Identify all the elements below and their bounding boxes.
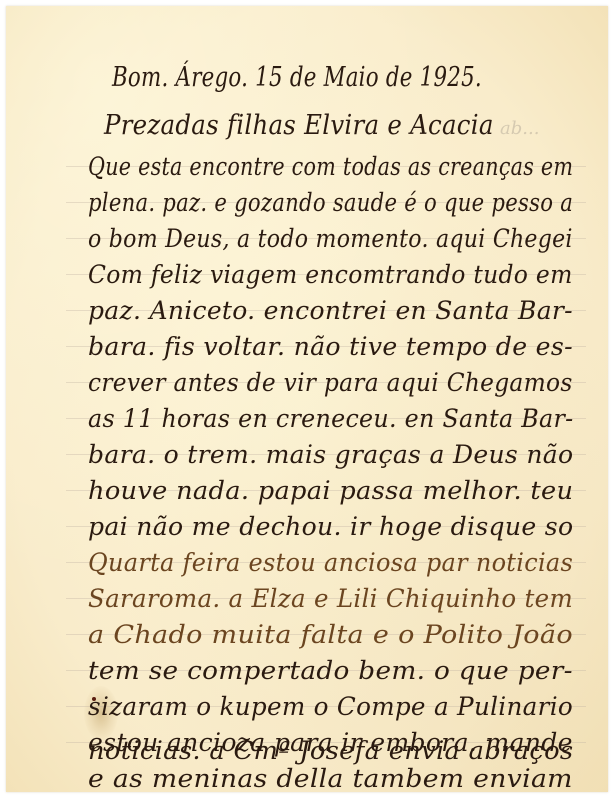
letter-line: Com feliz viagem encomtrando tudo em: [88, 260, 573, 289]
letter-line: sizaram o kupem o Compe a Pulinario: [88, 692, 573, 721]
letter-line: Quarta feira estou anciosa par noticias: [88, 548, 573, 577]
letter-line: pai não me dechou. ir hoge disque so: [88, 512, 573, 541]
letter-line: plena. paz. e gozando saude é o que pess…: [88, 188, 573, 217]
letter-place-date: Bom. Árego. 15 de Maio de 1925.: [112, 62, 482, 93]
letter-line: paz. Aniceto. encontrei en Santa Bar-: [88, 296, 573, 325]
letter-line: crever antes de vir para aqui Chegamos: [88, 368, 573, 397]
letter-line: houve nada. papai passa melhor. teu: [88, 476, 573, 505]
bleed-through-text: ab...: [500, 118, 539, 139]
letter-line: bara. o trem. mais graças a Deus não: [88, 440, 573, 469]
letter-line: a Chado muita falta e o Polito João: [88, 620, 573, 649]
letter-line: o bom Deus, a todo momento. aqui Chegei: [88, 224, 573, 253]
letter-line: noticias. a Cmª Josefa envia abraços: [88, 736, 573, 765]
letter-line: bara. fis voltar. não tive tempo de es-: [88, 332, 573, 361]
letter-salutation: Prezadas filhas Elvira e Acacia: [104, 110, 494, 141]
letter-line: e as meninas della tambem enviam: [88, 764, 573, 793]
letter-line: Que esta encontre com todas as creanças …: [88, 152, 573, 181]
letter-line: as 11 horas en creneceu. en Santa Bar-: [88, 404, 573, 433]
letter-line: Sararoma. a Elza e Lili Chiquinho tem: [88, 584, 573, 613]
letter-line: tem se compertado bem. o que per-: [88, 656, 573, 685]
